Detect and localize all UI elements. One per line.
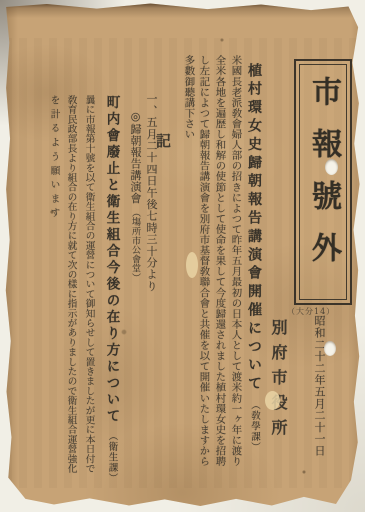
schedule-line: 一、五月二十四日午後七時三十分より [146, 93, 157, 292]
article1-headline-text: 植村環女史歸朝報告講演會開催について [246, 63, 262, 394]
article1-dept-label: （敎學課） [249, 394, 260, 453]
paper-hole [325, 159, 338, 175]
paper-worn-spot [265, 391, 280, 410]
article1-body-column-1: 米國長老派敎會婦人部の招きによつて昨年五月最初の日本人として渡米約一ヶ年に渡り [230, 55, 240, 466]
masthead-box: 市報號外 [294, 59, 352, 305]
venue-label: （塲所市公會堂） [130, 204, 140, 282]
masthead-inner-border: 市報號外 [299, 64, 347, 300]
article2-dept-label: （衛生課） [107, 425, 118, 484]
article1-body-column-4: 多數御聽講下さい [183, 55, 193, 139]
paper-worn-spot [186, 252, 198, 278]
paper-sheet: 市報號外 （大分14） 昭和二十二年五月二十一日 別府市役所 植村環女史歸朝報告… [4, 2, 361, 508]
event-line: ◎歸朝報告講演會（塲所市公會堂） [130, 110, 141, 282]
article2-body-column-1: 曩に市報第十號を以て衛生組合の運營について御知らせして置きましたが更に本日付で [84, 95, 94, 473]
publisher-name: 別府市役所 [270, 319, 286, 444]
paper-hole [324, 341, 336, 356]
article2-body-column-2: 敎育民政部長より組合の在り方に就て次の樣に指示がありましたので衛生組合運營強化 [66, 95, 76, 473]
masthead-title: 市報號外 [301, 65, 345, 299]
article2-body-column-3: を計るよう願います [49, 95, 59, 222]
article2-headline-text: 町内會廢止と衛生組合今後の在り方について [104, 95, 120, 425]
article1-headline: 植村環女史歸朝報告講演會開催について（敎學課） [247, 63, 261, 453]
article1-body-column-3: し左記によつて歸朝報告講演會を別府市基督敎聯合會と共催を以て開催いたしますから [198, 55, 208, 466]
issue-date: 昭和二十二年五月二十一日 [314, 315, 325, 457]
article2-headline: 町内會廢止と衛生組合今後の在り方について（衛生課） [104, 95, 118, 484]
article1-body-column-2: 全米各地を遍歴し和解の使節として使命を果して今度歸還されました植村環女史を招聘 [214, 55, 224, 466]
event-title: ◎歸朝報告講演會 [129, 110, 142, 204]
